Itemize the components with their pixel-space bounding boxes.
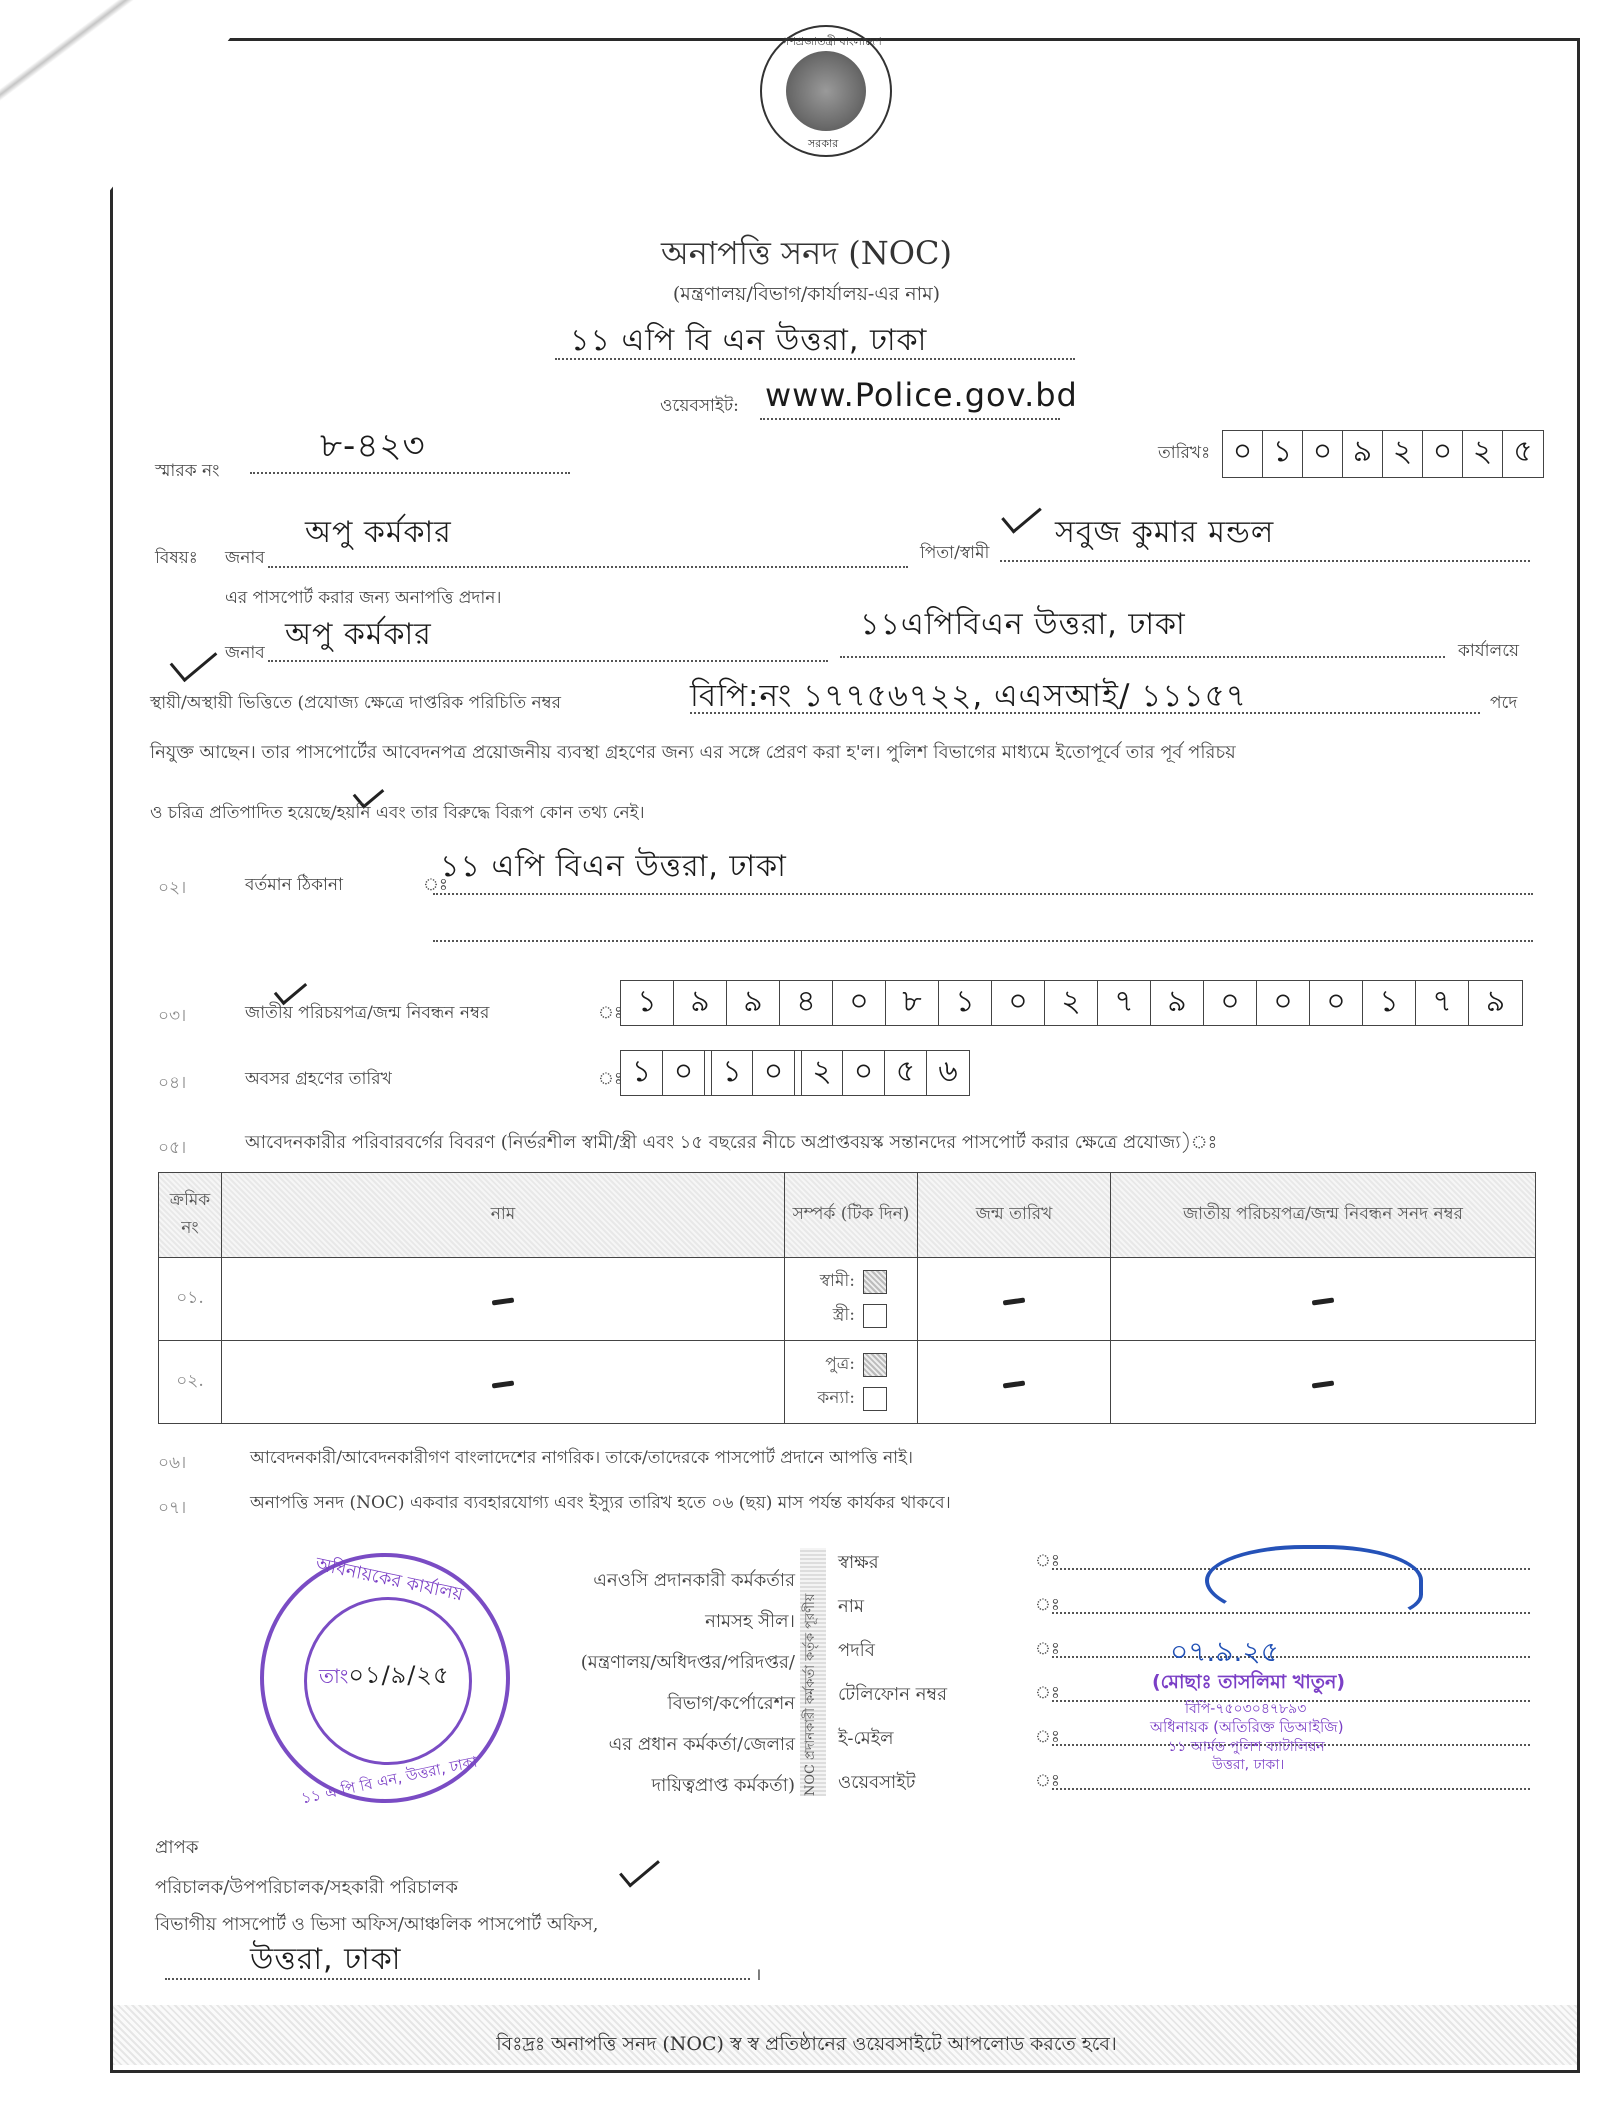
digit-box: ৯ [1343, 431, 1383, 477]
relation-option: কন্যা: [795, 1385, 916, 1413]
relation-checkbox[interactable] [863, 1304, 887, 1328]
digit-box: ২ [1463, 431, 1503, 477]
address-label: বর্তমান ঠিকানা [245, 872, 343, 900]
caption-line: বিভাগ/কর্পোরেশন [500, 1683, 795, 1724]
digit-box: ১ [711, 1051, 753, 1095]
digit-box: ০ [1257, 981, 1310, 1025]
subject-mr-label: জনাব [225, 545, 265, 573]
date-label: তারিখঃ [1158, 440, 1210, 468]
noc-vertical-strip: NOC প্রদানকারী কর্মকর্তা কর্তৃক পূরণীয় [800, 1548, 826, 1796]
row-dob [918, 1341, 1111, 1424]
subject-line2: এর পাসপোর্ট করার জন্য অনাপত্তি প্রদান। [225, 585, 502, 613]
digit-box: ৯ [727, 981, 780, 1025]
digit-box: ৫ [1503, 431, 1543, 477]
digit-box: ৯ [674, 981, 727, 1025]
officer-field-line [1052, 1788, 1530, 1790]
digit-box: ২ [801, 1051, 843, 1095]
body-name: অপু কর্মকার [285, 610, 432, 661]
stamp-date-value: ০১/৯/২৫ [348, 1661, 449, 1689]
row-serial: ০১. [159, 1258, 222, 1341]
digit-box: ১ [1363, 981, 1416, 1025]
officer-field-label: টেলিফোন নম্বর [838, 1680, 947, 1711]
father-label: পিতা/স্বামী [920, 540, 989, 568]
row-nid [1111, 1341, 1536, 1424]
caption-line: এনওসি প্রদানকারী কর্মকর্তার [500, 1560, 795, 1601]
digit-box: ২ [1045, 981, 1098, 1025]
footer-note: বিঃদ্রঃ অনাপত্তি সনদ (NOC) স্ব স্ব প্রতি… [0, 2030, 1613, 2062]
officer-field-label: পদবি [838, 1636, 875, 1667]
memo-value: ৮-৪২৩ [320, 420, 426, 477]
recipient-line1: পরিচালক/উপপরিচালক/সহকারী পরিচালক [155, 1873, 458, 1904]
document-title: অনাপত্তি সনদ (NOC) [0, 228, 1613, 282]
table-row: ০১.স্বামী:স্ত্রী: [159, 1258, 1536, 1341]
website-label: ওয়েবসাইট: [660, 393, 739, 421]
officer-field-label: নাম [838, 1592, 864, 1623]
digit-box: ০ [1204, 981, 1257, 1025]
row-relation: স্বামী:স্ত্রী: [785, 1258, 918, 1341]
row-relation: পুত্র:কন্যা: [785, 1341, 918, 1424]
father-name: সবুজ কুমার মন্ডল [1055, 508, 1274, 559]
digit-box: ৭ [1416, 981, 1469, 1025]
col-relation: সম্পর্ক (টিক দিন) [785, 1173, 918, 1258]
basis-text: স্থায়ী/অস্থায়ী ভিত্তিতে (প্রযোজ্য ক্ষে… [150, 690, 561, 718]
caption-line: (মন্ত্রণালয়/অধিদপ্তর/পরিদপ্তর/ [500, 1642, 795, 1683]
officer-field-label: স্বাক্ষর [838, 1548, 879, 1579]
item-02-number: ০২। [158, 875, 186, 903]
retirement-date-boxes: ১০১০২০৫৬ [620, 1050, 970, 1096]
officer-field-line [1052, 1656, 1530, 1658]
digit-box: ১ [1263, 431, 1303, 477]
row-dob [918, 1258, 1111, 1341]
government-emblem: গণপ্রজাতন্ত্রী বাংলাদেশ সরকার [760, 25, 892, 157]
recipient-end-mark: । [755, 1962, 761, 1985]
col-dob: জন্ম তারিখ [918, 1173, 1111, 1258]
validity-text: অনাপত্তি সনদ (NOC) একবার ব্যবহারযোগ্য এব… [250, 1490, 951, 1518]
item-05-number: ০৫। [158, 1135, 186, 1163]
digit-box: ০ [1223, 431, 1263, 477]
digit-box: ৯ [1469, 981, 1522, 1025]
digit-box: ২ [1383, 431, 1423, 477]
col-nid: জাতীয় পরিচয়পত্র/জন্ম নিবন্ধন সনদ নম্বর [1111, 1173, 1536, 1258]
digit-box: ০ [663, 1051, 705, 1095]
officer-caption: এনওসি প্রদানকারী কর্মকর্তারনামসহ সীল।(মন… [500, 1560, 795, 1806]
date-boxes: ০১০৯২০২৫ [1222, 430, 1544, 478]
relation-checkbox[interactable] [863, 1270, 887, 1294]
memo-label: স্মারক নং [155, 458, 219, 486]
col-serial: ক্রমিক নং [159, 1173, 222, 1258]
row-name [222, 1341, 785, 1424]
officer-location: উত্তরা, ঢাকা। [1212, 1753, 1284, 1777]
digit-box: ০ [753, 1051, 795, 1095]
table-row: ০২.পুত্র:কন্যা: [159, 1341, 1536, 1424]
digit-box: ০ [1310, 981, 1363, 1025]
officer-name-stamp: (মোছাঃ তাসলিমা খাতুন) [1152, 1668, 1345, 1700]
digit-box: ১ [939, 981, 992, 1025]
digit-box: ১ [621, 1051, 663, 1095]
row-nid [1111, 1258, 1536, 1341]
item-03-number: ০৩। [158, 1003, 186, 1031]
post-suffix: পদে [1490, 690, 1517, 718]
address-value: ১১ এপি বিএন উত্তরা, ঢাকা [440, 842, 787, 893]
office-round-stamp: অধিনায়কের কার্যালয় ১১ এ পি বি এন, উত্ত… [260, 1553, 510, 1803]
digit-box: ০ [833, 981, 886, 1025]
digit-box: ০ [1423, 431, 1463, 477]
digit-box: ০ [843, 1051, 885, 1095]
caption-line: এর প্রধান কর্মকর্তা/জেলার [500, 1724, 795, 1765]
officer-field-label: ই-মেইল [838, 1724, 894, 1755]
digit-box: ০ [992, 981, 1045, 1025]
digit-box: ৮ [886, 981, 939, 1025]
emblem-center [786, 51, 866, 131]
digit-box: ৬ [927, 1051, 969, 1095]
digit-box: ০ [1303, 431, 1343, 477]
relation-option: স্বামী: [795, 1268, 916, 1296]
website-value: www.Police.gov.bd [765, 376, 1078, 414]
relation-option: স্ত্রী: [795, 1302, 916, 1330]
digit-box: ৫ [885, 1051, 927, 1095]
body-office: ১১এপিবিএন উত্তরা, ঢাকা [860, 600, 1186, 651]
caption-line: দায়িত্বপ্রাপ্ত কর্মকর্তা) [500, 1765, 795, 1806]
relation-checkbox[interactable] [863, 1353, 887, 1377]
subject-label: বিষয়ঃ [155, 545, 198, 573]
emblem-top-text: গণপ্রজাতন্ত্রী বাংলাদেশ [782, 33, 882, 52]
office-suffix: কার্যালয়ে [1458, 638, 1519, 666]
item-06-number: ০৬। [158, 1450, 186, 1478]
relation-checkbox[interactable] [863, 1387, 887, 1411]
col-name: নাম [222, 1173, 785, 1258]
nid-label: জাতীয় পরিচয়পত্র/জন্ম নিবন্ধন নম্বর [245, 1000, 489, 1028]
row-serial: ০২. [159, 1341, 222, 1424]
applicant-name: অপু কর্মকার [305, 508, 452, 559]
digit-box: ৭ [1098, 981, 1151, 1025]
body-paragraph-1: নিযুক্ত আছেন। তার পাসপোর্টের আবেদনপত্র প… [150, 738, 1236, 769]
relation-option: পুত্র: [795, 1351, 916, 1379]
digit-box: ৪ [780, 981, 833, 1025]
official-id: বিপি:নং ১৭৭৫৬৭২২, এএসআই/ ১১১৫৭ [690, 672, 1247, 724]
recipient-label: প্রাপক [155, 1833, 198, 1864]
officer-field-label: ওয়েবসাইট [838, 1768, 915, 1799]
citizen-text: আবেদনকারী/আবেদনকারীগণ বাংলাদেশের নাগরিক।… [250, 1445, 913, 1473]
family-label: আবেদনকারীর পরিবারবর্গের বিবরণ (নির্ভরশীল… [245, 1128, 1217, 1159]
body-paragraph-2: ও চরিত্র প্রতিপাদিত হয়েছে/হয়নি এবং তার… [150, 800, 645, 828]
body-mr-label: জনাব [225, 640, 265, 668]
row-name [222, 1258, 785, 1341]
nid-boxes: ১৯৯৪০৮১০২৭৯০০০১৭৯ [620, 980, 1523, 1026]
item-04-number: ০৪। [158, 1070, 186, 1098]
retirement-label: অবসর গ্রহণের তারিখ [245, 1066, 392, 1094]
document-subtitle: (মন্ত্রণালয়/বিভাগ/কার্যালয়-এর নাম) [0, 280, 1613, 312]
stamp-date-label: তাং [319, 1664, 348, 1688]
caption-line: নামসহ সীল। [500, 1601, 795, 1642]
digit-box: ১ [621, 981, 674, 1025]
item-07-number: ০৭। [158, 1495, 186, 1523]
family-table: ক্রমিক নং নাম সম্পর্ক (টিক দিন) জন্ম তার… [158, 1172, 1536, 1424]
emblem-bottom-text: সরকার [808, 135, 838, 154]
digit-box: ৯ [1151, 981, 1204, 1025]
